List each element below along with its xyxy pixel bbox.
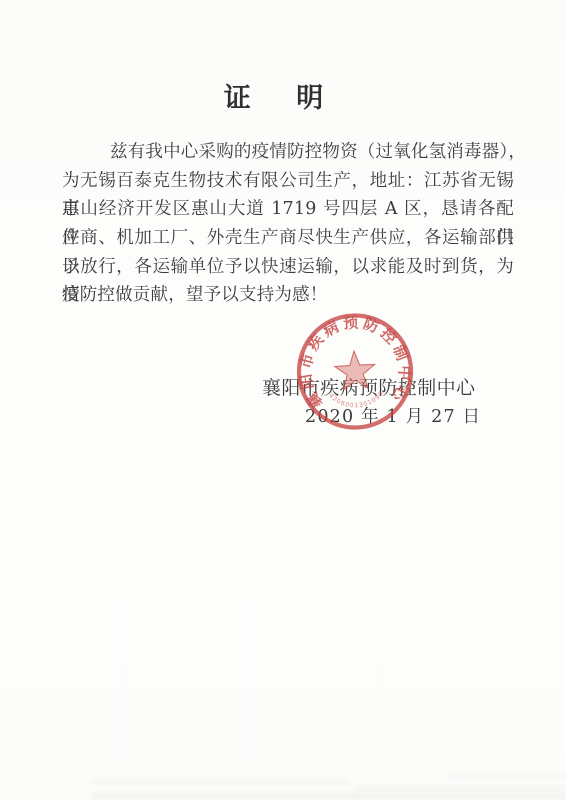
scan-smudge xyxy=(355,785,566,791)
body-line: 应商、机加工厂、外壳生产商尽快生产供应，各运输部门予 xyxy=(62,224,514,253)
certificate-page: 证 明 兹有我中心采购的疫情防控物资（过氧化氢消毒器）， 为无锡百泰克生物技术有… xyxy=(0,0,566,800)
issue-date: 2020 年 1 月 27 日 xyxy=(305,403,481,428)
scan-smudge xyxy=(92,792,566,800)
scan-smudge xyxy=(90,779,350,785)
body-line: 以放行，各运输单位予以快速运输，以求能及时到货，为疫 xyxy=(62,253,514,282)
body-line: 兹有我中心采购的疫情防控物资（过氧化氢消毒器）， xyxy=(62,138,514,167)
scan-smudge xyxy=(448,772,566,778)
body-line: 惠山经济开发区惠山大道 1719 号四层 A 区，恳请各配件供 xyxy=(62,195,514,224)
issuer-signature: 襄阳市疾病预防控制中心 xyxy=(262,373,475,400)
body-line: 情防控做贡献，望予以支持为感！ xyxy=(62,281,514,310)
body-line: 为无锡百泰克生物技术有限公司生产，地址：江苏省无锡市 xyxy=(62,167,514,196)
document-body: 兹有我中心采购的疫情防控物资（过氧化氢消毒器）， 为无锡百泰克生物技术有限公司生… xyxy=(62,138,514,310)
document-title: 证 明 xyxy=(0,76,558,115)
